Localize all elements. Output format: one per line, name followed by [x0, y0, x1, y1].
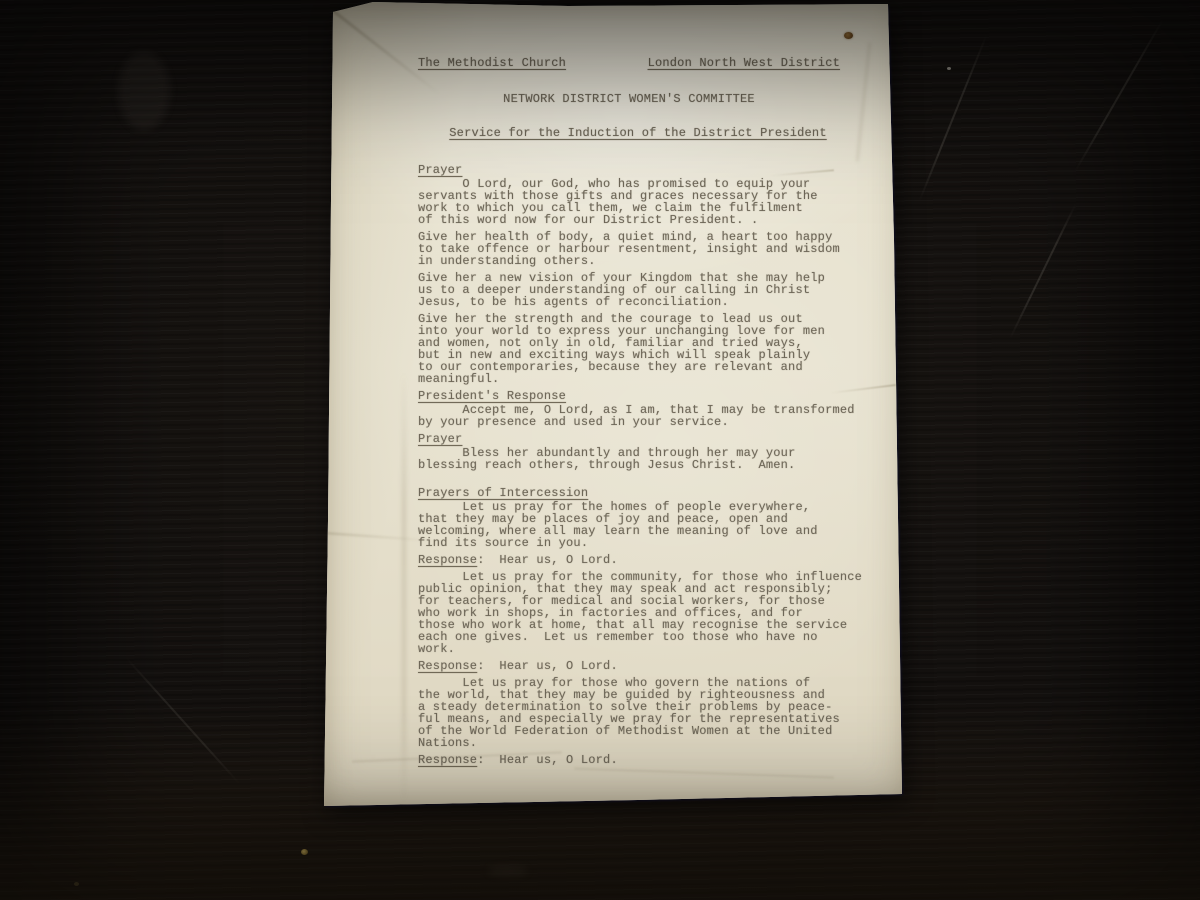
committee-line: NETWORK DISTRICT WOMEN'S COMMITTEE [418, 92, 840, 106]
scratch-mark [1074, 19, 1163, 172]
paragraph: Give her health of body, a quiet mind, a… [418, 231, 876, 267]
paragraph: Let us pray for the homes of people ever… [418, 501, 876, 549]
paragraph: O Lord, our God, who has promised to equ… [418, 178, 876, 226]
paper-crease [402, 372, 406, 802]
scratch-mark [1009, 203, 1077, 339]
section-heading: Prayer [418, 433, 876, 445]
header-right-district: London North West District [648, 56, 840, 70]
paper-document: The Methodist Church London North West D… [318, 0, 910, 812]
response-label: Response [418, 753, 477, 767]
table-speck [301, 849, 308, 855]
response-label: Response [418, 659, 477, 673]
section-heading: President's Response [418, 390, 876, 402]
response-line: Response: Hear us, O Lord. [418, 660, 876, 672]
paper-crease [856, 42, 872, 162]
response-line: Response: Hear us, O Lord. [418, 554, 876, 566]
paragraph: Give her the strength and the courage to… [418, 313, 876, 385]
paragraph: Bless her abundantly and through her may… [418, 447, 876, 471]
section-heading: Prayer [418, 164, 876, 176]
paragraph: Let us pray for the community, for those… [418, 571, 876, 655]
document-body: Prayer O Lord, our God, who has promised… [418, 160, 876, 771]
smudge-mark [118, 52, 170, 130]
paragraph: Let us pray for those who govern the nat… [418, 677, 876, 749]
paper-crease [330, 8, 441, 95]
table-speck [74, 882, 79, 886]
foxing-spot [844, 32, 853, 39]
response-line: Response: Hear us, O Lord. [418, 754, 876, 766]
paragraph: Give her a new vision of your Kingdom th… [418, 272, 876, 308]
response-label: Response [418, 553, 477, 567]
document-header-row: The Methodist Church London North West D… [418, 56, 840, 70]
smudge-mark [488, 866, 528, 876]
table-speck [947, 67, 951, 70]
scratch-mark [918, 34, 987, 202]
section-heading: Prayers of Intercession [418, 487, 876, 499]
document-title: Service for the Induction of the Distric… [418, 126, 858, 140]
paper-sheet: The Methodist Church London North West D… [318, 0, 910, 812]
scratch-mark [125, 657, 240, 785]
header-left-organization: The Methodist Church [418, 56, 566, 70]
paragraph: Accept me, O Lord, as I am, that I may b… [418, 404, 876, 428]
